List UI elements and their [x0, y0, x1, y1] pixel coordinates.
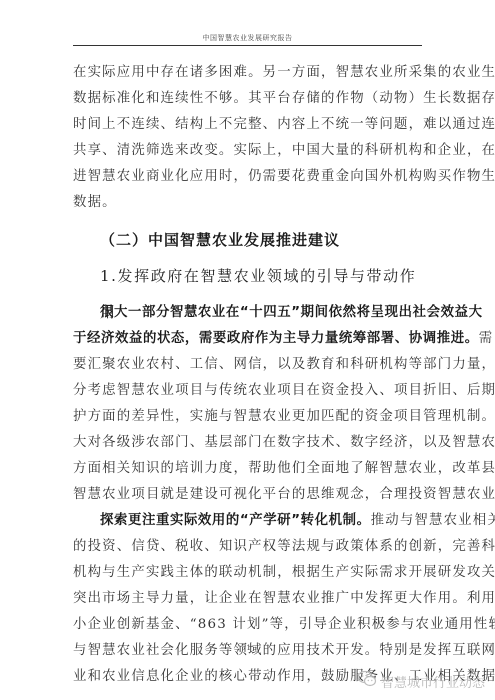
text-line: 机构与生产实践主体的联动机制，根据生产实际需求开展研发攻关。	[73, 560, 423, 586]
text-line: 要汇聚农业农村、工信、网信，以及教育和科研机构等部门力量，充	[73, 352, 423, 378]
text-line: 于经济效益的状态，需要政府作为主导力量统筹部署、协调推进。需	[73, 326, 423, 352]
bold-text-line: 很大一部分智慧农业在“十四五”期间依然将呈现出社会效益大	[73, 300, 423, 326]
wechat-icon	[357, 670, 377, 692]
header-rule	[73, 45, 422, 46]
text-line: 方面相关知识的培训力度，帮助他们全面地了解智慧农业，改革县域	[73, 456, 423, 482]
text-line: 突出市场主导力量，让企业在智慧农业推广中发挥更大作用。利用中	[73, 586, 423, 612]
text-line: 分考虑智慧农业项目与传统农业项目在资金投入、项目折旧、后期维	[73, 378, 423, 404]
subsection-heading: 1.发挥政府在智慧农业领域的引导与带动作用	[73, 258, 423, 294]
page-number: 71	[242, 644, 251, 652]
text-tail: 推动与智慧农业相关	[371, 513, 495, 528]
watermark-text: 智慧城市行业动态	[381, 672, 485, 691]
bold-lead-text: 探索更注重实际效用的“产学研”转化机制。	[100, 513, 371, 528]
text-line: 小企业创新基金、“863 计划”等，引导企业积极参与农业通用性软件	[73, 612, 423, 638]
text-line: 共享、清洗筛选来改变。实际上，中国大量的科研机构和企业，在推	[73, 138, 423, 164]
section-heading: （二）中国智慧农业发展推进建议	[73, 222, 423, 258]
text-line: 护方面的差异性，实施与智慧农业更加匹配的资金项目管理机制。加	[73, 404, 423, 430]
text-line: 数据标准化和连续性不够。其平台存储的作物（动物）生长数据存在	[73, 86, 423, 112]
text-line: 时间上不连续、结构上不完整、内容上不统一等问题，难以通过连接	[73, 112, 423, 138]
text-line: 大对各级涉农部门、基层部门在数字技术、数字经济，以及智慧农业	[73, 430, 423, 456]
watermark: 智慧城市行业动态	[357, 670, 485, 692]
bold-text: 于经济效益的状态，需要政府作为主导力量统筹部署、协调推进。	[73, 331, 479, 346]
text-tail: 需	[479, 331, 494, 346]
text-line: 进智慧农业商业化应用时，仍需要花费重金向国外机构购买作物生长	[73, 164, 423, 190]
text-line: 在实际应用中存在诸多困难。另一方面，智慧农业所采集的农业生长	[73, 60, 423, 86]
text-line: 智慧农业项目就是建设可视化平台的思维观念，合理投资智慧农业。	[73, 482, 423, 508]
text-line: 探索更注重实际效用的“产学研”转化机制。推动与智慧农业相关	[73, 508, 423, 534]
document-body: 在实际应用中存在诸多困难。另一方面，智慧农业所采集的农业生长 数据标准化和连续性…	[73, 60, 423, 690]
text-line: 数据。	[73, 190, 423, 216]
text-line: 的投资、信贷、税收、知识产权等法规与政策体系的创新，完善科研	[73, 534, 423, 560]
running-header: 中国智慧农业发展研究报告	[73, 33, 422, 43]
